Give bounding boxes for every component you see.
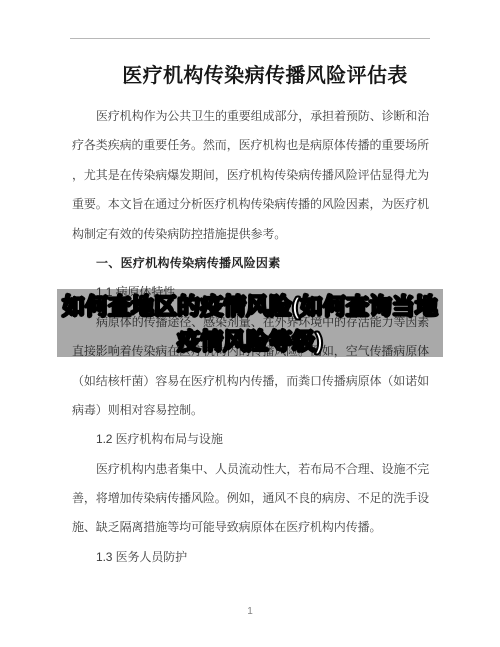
section-1-heading: 一、医疗机构传染病传播风险因素 (72, 249, 430, 278)
overlay-title-line-2: 疫情风险等级) (55, 324, 445, 359)
header-divider (70, 38, 430, 39)
para-1-2-line: 善，将增加传染病传播风险。例如，通风不良的病房、不足的洗手设 (72, 484, 430, 513)
para-1-1-line: （如结核杆菌）容易在医疗机构内传播，而粪口传播病原体（如诺如 (72, 367, 430, 396)
subheading-1-3: 1.3 医务人员防护 (72, 543, 430, 572)
intro-line: 医疗机构作为公共卫生的重要组成部分，承担着预防、诊断和治 (72, 102, 430, 131)
page-number: 1 (0, 606, 500, 617)
document-title: 医疗机构传染病传播风险评估表 (0, 59, 500, 88)
para-1-2-line: 施、缺乏隔离措施等均可能导致病原体在医疗机构内传播。 (72, 513, 430, 542)
intro-line: 重要。本文旨在通过分析医疗机构传染病传播的风险因素，为医疗机 (72, 190, 430, 219)
para-1-1-line: 病毒）则相对容易控制。 (72, 396, 430, 425)
document-page: 医疗机构传染病传播风险评估表 医疗机构作为公共卫生的重要组成部分，承担着预防、诊… (0, 0, 500, 647)
intro-line: ，尤其是在传染病爆发期间，医疗机构传染病传播风险评估显得尤为 (72, 161, 430, 190)
para-1-2-line: 医疗机构内患者集中、人员流动性大，若布局不合理、设施不完 (72, 455, 430, 484)
intro-line: 构制定有效的传染病防控措施提供参考。 (72, 220, 430, 249)
intro-line: 疗各类疾病的重要任务。然而，医疗机构也是病原体传播的重要场所 (72, 131, 430, 160)
watermark-overlay-title: 如何查地区的疫情风险(如何查询当地 疫情风险等级) (55, 289, 445, 359)
overlay-title-line-1: 如何查地区的疫情风险(如何查询当地 (55, 289, 445, 324)
subheading-1-2: 1.2 医疗机构布局与设施 (72, 425, 430, 454)
